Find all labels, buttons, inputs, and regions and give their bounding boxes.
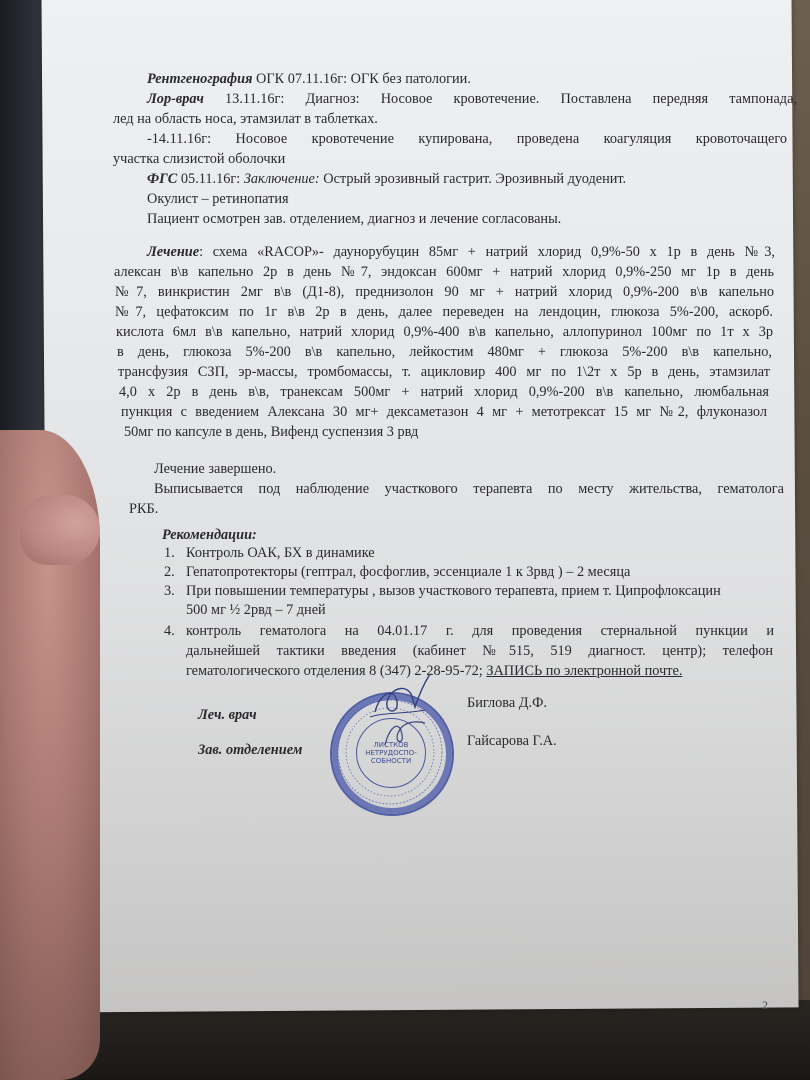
head-label: Зав. отделением — [198, 741, 302, 760]
recommendation-3: 3.При повышении температуры , вызов учас… — [164, 582, 721, 601]
treatment-line-0: Лечение: схема «RACOP»- даунорубуцин 85м… — [147, 243, 775, 262]
ent-line-4: участка слизистой оболочки — [113, 150, 285, 169]
treatment-line-5: в день, глюкоза 5%-200 в\в капельно, лей… — [117, 343, 772, 362]
treatment-line-6: трансфузия СЗП, эр-массы, тромбомассы, т… — [118, 363, 770, 382]
ent-line-3: -14.11.16г: Носовое кровотечение купиров… — [147, 130, 787, 149]
treatment-label: Лечение — [147, 244, 199, 260]
page-number: 2 — [762, 996, 768, 1015]
treatment-line-3: №7, цефатоксим по 1г в\в 2р в день, дале… — [115, 303, 773, 322]
discharge-line-2: РКБ. — [129, 500, 158, 519]
xray-label: Рентгенография — [147, 71, 252, 87]
recommendation-4: 4.контроль гематолога на 04.01.17 г. для… — [164, 622, 774, 641]
reviewed-line: Пациент осмотрен зав. отделением, диагно… — [147, 210, 561, 229]
ent-line-2: лед на область носа, этамзилат в таблетк… — [113, 110, 378, 129]
head-name: Гайсарова Г.А. — [467, 732, 557, 751]
ent-line-1: Лор-врач 13.11.16г: Диагноз: Носовое кро… — [147, 90, 797, 109]
email-appointment-note: ЗАПИСЬ по электронной почте. — [486, 663, 682, 679]
xray-text: ОГК 07.11.16г: ОГК без патологии. — [252, 71, 470, 87]
signature-2-icon — [380, 715, 430, 750]
document-content: Рентгенография ОГК 07.11.16г: ОГК без па… — [0, 0, 810, 1080]
recommendation-3-cont: 500 мг ½ 2рвд – 7 дней — [186, 601, 326, 620]
discharge-line-1: Выписывается под наблюдение участкового … — [154, 480, 784, 499]
recommendations-title: Рекомендации: — [162, 526, 257, 545]
ent-label: Лор-врач — [147, 91, 204, 107]
treatment-line-2: №7, винкристин 2мг в\в (Д1-8), преднизол… — [115, 283, 774, 302]
completed-line: Лечение завершено. — [154, 460, 276, 479]
xray-line: Рентгенография ОГК 07.11.16г: ОГК без па… — [147, 70, 471, 89]
treatment-line-1: алексан в\в капельно 2р в день №7, эндок… — [114, 263, 774, 282]
treatment-line-4: кислота 6мл в\в капельно, натрий хлорид … — [116, 323, 773, 342]
oculist-line: Окулист – ретинопатия — [147, 190, 289, 209]
attending-name: Биглова Д.Ф. — [467, 694, 547, 713]
treatment-line-9: 50мг по капсуле в день, Вифенд суспензия… — [124, 423, 418, 442]
fgs-line: ФГС 05.11.16г: Заключение: Острый эрозив… — [147, 170, 626, 189]
treatment-line-7: 4,0 х 2р в день в\в, транексам 500мг + н… — [119, 383, 769, 402]
attending-label: Леч. врач — [198, 706, 257, 725]
recommendation-1: 1.Контроль ОАК, БХ в динамике — [164, 544, 375, 563]
recommendation-2: 2.Гепатопротекторы (гептрал, фосфоглив, … — [164, 563, 630, 582]
treatment-line-8: пункция с введением Алексана 30 мг+ декс… — [121, 403, 767, 422]
recommendation-4-cont-1: дальнейшей тактики введения (кабинет №51… — [186, 642, 773, 661]
